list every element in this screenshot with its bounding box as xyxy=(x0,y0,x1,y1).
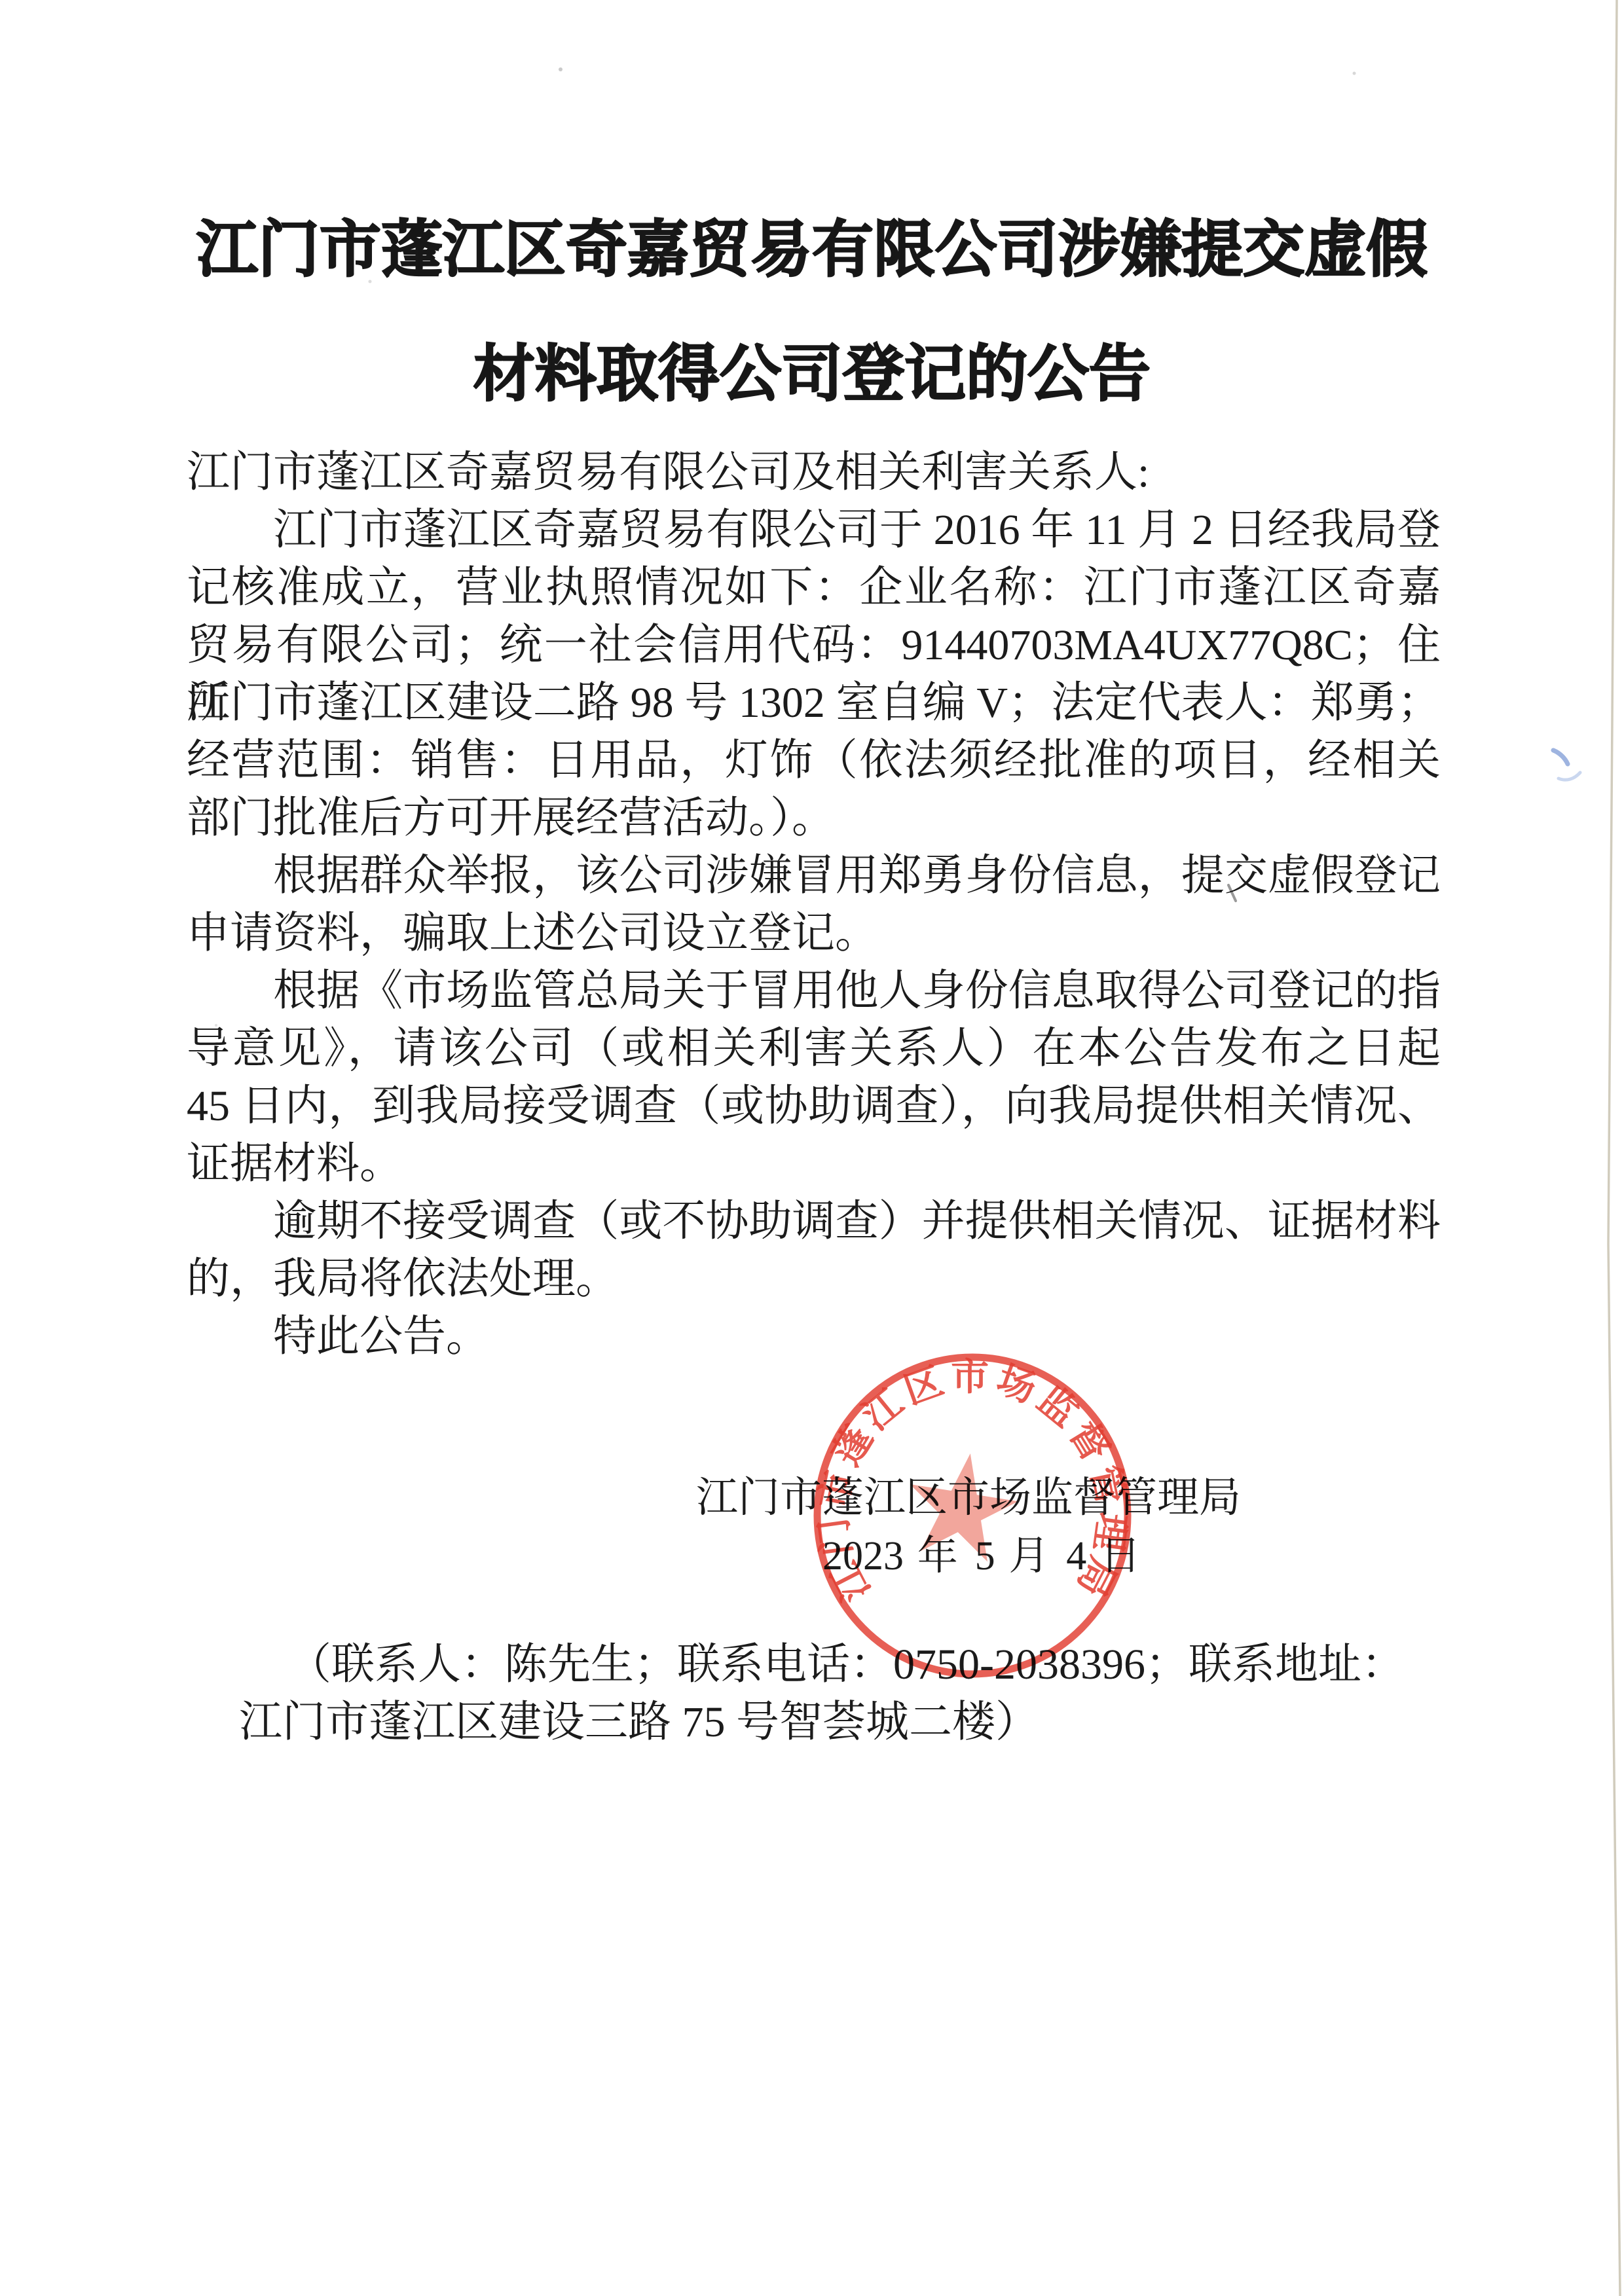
issue-date: 2023 年 5 月 4 日 xyxy=(822,1536,1141,1576)
body-line: 的，我局将依法处理。 xyxy=(187,1250,1441,1308)
body-line: 江门市蓬江区奇嘉贸易有限公司及相关利害关系人: xyxy=(187,444,1441,501)
body-line: 特此公告。 xyxy=(187,1308,1441,1366)
body-text: 江门市蓬江区奇嘉贸易有限公司及相关利害关系人: 江门市蓬江区奇嘉贸易有限公司于 … xyxy=(187,444,1441,1366)
body-line: 导意见》，请该公司（或相关利害关系人）在本公告发布之日起 xyxy=(187,1020,1441,1078)
body-line: 申请资料，骗取上述公司设立登记。 xyxy=(187,905,1441,962)
announcement-page: 江门市蓬江区奇嘉贸易有限公司涉嫌提交虚假 材料取得公司登记的公告 江门市蓬江区奇… xyxy=(0,0,1624,2296)
body-line: 经营范围：销售：日用品，灯饰（依法须经批准的项目，经相关 xyxy=(187,732,1441,790)
blue-pen-mark-2 xyxy=(1559,773,1580,780)
body-line: 江门市蓬江区奇嘉贸易有限公司于 2016 年 11 月 2 日经我局登 xyxy=(187,501,1441,559)
body-line: 贸易有限公司；统一社会信用代码：91440703MA4UX77Q8C；住所： xyxy=(187,617,1441,674)
scan-speck xyxy=(559,67,563,71)
body-line: 记核准成立，营业执照情况如下：企业名称：江门市蓬江区奇嘉 xyxy=(187,559,1441,617)
body-line: 45 日内，到我局接受调查（或协助调查），向我局提供相关情况、 xyxy=(187,1078,1441,1135)
body-line: 逾期不接受调查（或不协助调查）并提供相关情况、证据材料 xyxy=(187,1193,1441,1250)
body-line: 证据材料。 xyxy=(187,1135,1441,1193)
body-line: 部门批准后方可开展经营活动。）。 xyxy=(187,790,1441,847)
scan-speck xyxy=(1353,72,1356,75)
page-title-line-2: 材料取得公司登记的公告 xyxy=(0,340,1624,409)
issuer-signature: 江门市蓬江区市场监督管理局 xyxy=(696,1477,1241,1519)
contact-line: （联系人：陈先生；联系电话：0750-2038396；联系地址： xyxy=(288,1642,1405,1688)
body-line: 根据群众举报，该公司涉嫌冒用郑勇身份信息，提交虚假登记 xyxy=(187,847,1441,905)
body-line: 江门市蓬江区建设二路 98 号 1302 室自编 V；法定代表人：郑勇； xyxy=(187,674,1441,732)
contact-line: 江门市蓬江区建设三路 75 号智荟城二楼） xyxy=(239,1700,1039,1745)
blue-pen-mark xyxy=(1553,750,1568,764)
page-title-line-1: 江门市蓬江区奇嘉贸易有限公司涉嫌提交虚假 xyxy=(0,216,1624,284)
body-line: 根据《市场监管总局关于冒用他人身份信息取得公司登记的指 xyxy=(187,962,1441,1020)
